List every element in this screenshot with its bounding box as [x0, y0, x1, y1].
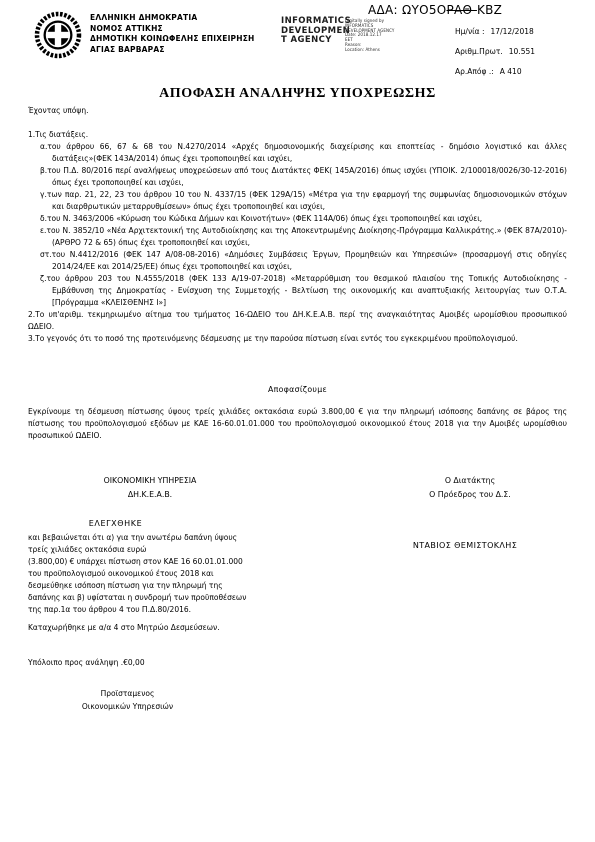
document-page: ΑΔΑ: ΩΥΟ5ΟΡΑΘ-ΚΒΖ ΕΛΛΗΝΙΚΗ ΔΗΜΟΚΡΑΤΙΑ ΝΟ…: [0, 0, 595, 842]
provision-item: α.του άρθρου 66, 67 & 68 του Ν.4270/2014…: [28, 141, 567, 165]
letterhead-line: ΕΛΛΗΝΙΚΗ ΔΗΜΟΚΡΑΤΙΑ: [90, 13, 275, 24]
document-title: ΑΠΟΦΑΣΗ ΑΝΑΛΗΨΗΣ ΥΠΟΧΡΕΩΣΗΣ: [0, 86, 595, 102]
decision-no-value: Α 410: [500, 67, 522, 76]
protocol-label: Αριθμ.Πρωτ.: [455, 47, 503, 56]
provision-item: δ.του Ν. 3463/2006 «Κύρωση του Κώδικα Δή…: [28, 213, 567, 225]
provision-item: στ.του Ν.4412/2016 (ΦΕΚ 147 Α/08-08-2016…: [28, 249, 567, 273]
provision-item: γ.των παρ. 21, 22, 23 του άρθρου 10 του …: [28, 189, 567, 213]
date-label: Ημ/νία :: [455, 27, 485, 36]
meta-protocol-row: Αριθμ.Πρωτ.10.551: [455, 42, 535, 62]
verification-line: δαπάνης και β) υφίσταται η συνδρομή των …: [28, 592, 290, 604]
preamble-item-3: 3.Το γεγονός ότι το ποσό της προτεινόμεν…: [28, 333, 567, 345]
document-meta: Ημ/νία :17/12/2018 Αριθμ.Πρωτ.10.551 Αρ.…: [455, 22, 535, 82]
preamble-item-2: 2.Το υπ'αριθμ. τεκμηριωμένο αίτημα του τ…: [28, 309, 567, 333]
meta-date-row: Ημ/νία :17/12/2018: [455, 22, 535, 42]
verification-text: και βεβαιώνεται ότι α) για την ανωτέρω δ…: [28, 532, 290, 616]
ada-label: ΑΔΑ:: [368, 3, 402, 17]
date-value: 17/12/2018: [491, 27, 534, 36]
decision-paragraph: Εγκρίνουμε τη δέσμευση πίστωσης ύψους τρ…: [28, 406, 567, 442]
greek-emblem-icon: [33, 9, 83, 65]
ada-code: ΑΔΑ: ΩΥΟ5ΟΡΑΘ-ΚΒΖ: [368, 3, 502, 17]
letterhead-line: ΝΟΜΟΣ ΑΤΤΙΚΗΣ: [90, 24, 275, 35]
signature-right-title: Ο Διατάκτης: [375, 474, 565, 488]
signature-block-authorizer: Ο Διατάκτης Ο Πρόεδρος του Δ.Σ.: [375, 474, 565, 502]
having-regard-line: Έχοντας υπόψη.: [28, 105, 567, 117]
signer-name: ΝΤΑΒΙΟΣ ΘΕΜΙΣΤΟΚΛΗΣ: [365, 541, 565, 550]
letterhead: ΕΛΛΗΝΙΚΗ ΔΗΜΟΚΡΑΤΙΑ ΝΟΜΟΣ ΑΤΤΙΚΗΣ ΔΗΜΟΤΙ…: [90, 13, 275, 55]
protocol-value: 10.551: [509, 47, 535, 56]
verification-line: της παρ.1α του άρθρου 4 του Π.Δ.80/2016.: [28, 604, 290, 616]
decision-no-label: Αρ.Απόφ .:: [455, 67, 494, 76]
verification-line: τρείς χιλιάδες οκτακόσια ευρώ: [28, 544, 290, 556]
verification-line: (3.800,00) € υπάρχει πίστωση στον ΚΑΕ 16…: [28, 556, 290, 568]
ada-code-struck: ΡΑΘ-: [447, 3, 477, 17]
signature-left-subtitle: ΔΗ.Κ.Ε.Α.Β.: [55, 488, 245, 502]
signature-right-subtitle: Ο Πρόεδρος του Δ.Σ.: [375, 488, 565, 502]
section1-heading: 1.Τις διατάξεις.: [28, 129, 567, 141]
stamp-signature-details: Digitally signed by INFORMATICS DEVELOPM…: [345, 19, 437, 53]
letterhead-line: ΔΗΜΟΤΙΚΗ ΚΟΙΝΩΦΕΛΗΣ ΕΠΙΧΕΙΡΗΣΗ: [90, 34, 275, 45]
digital-signature-stamp: INFORMATICS DEVELOPMEN T AGENCY Digitall…: [281, 17, 441, 46]
verification-line: του προϋπολογισμού οικονομικού έτους 201…: [28, 568, 290, 580]
footer-signature-role-line2: Οικονομικών Υπηρεσιών: [40, 701, 215, 714]
preamble: Έχοντας υπόψη. 1.Τις διατάξεις. α.του άρ…: [28, 105, 567, 345]
footer-signature-role: Προϊσταμενος Οικονομικών Υπηρεσιών: [40, 688, 215, 713]
signature-left-title: ΟΙΚΟΝΟΜΙΚΗ ΥΠΗΡΕΣΙΑ: [55, 474, 245, 488]
ada-code-suffix: ΚΒΖ: [477, 3, 502, 17]
decision-heading: Αποφασίζουμε: [0, 385, 595, 394]
verification-line: και βεβαιώνεται ότι α) για την ανωτέρω δ…: [28, 532, 290, 544]
meta-decision-row: Αρ.Απόφ .:Α 410: [455, 62, 535, 82]
balance-note: Υπόλοιπο προς ανάληψη .€0,00: [28, 658, 145, 667]
ada-code-prefix: ΩΥΟ5Ο: [402, 3, 447, 17]
provision-item: β.του Π.Δ. 80/2016 περί αναλήψεως υποχρε…: [28, 165, 567, 189]
provision-item: ε.του Ν. 3852/10 «Νέα Αρχιτεκτονική της …: [28, 225, 567, 249]
letterhead-line: ΑΓΙΑΣ ΒΑΡΒΑΡΑΣ: [90, 45, 275, 56]
signature-block-financial-service: ΟΙΚΟΝΟΜΙΚΗ ΥΠΗΡΕΣΙΑ ΔΗ.Κ.Ε.Α.Β.: [55, 474, 245, 502]
provision-item: ζ.του άρθρου 203 του Ν.4555/2018 (ΦΕΚ 13…: [28, 273, 567, 309]
verification-heading: ΕΛΕΓΧΘΗΚΕ: [28, 519, 203, 528]
footer-signature-role-line1: Προϊσταμενος: [40, 688, 215, 701]
registry-note: Καταχωρήθηκε με α/α 4 στο Μητρώο Δεσμεύσ…: [28, 623, 220, 632]
verification-line: δεσμεύθηκε ισόποση πίστωση για την πληρω…: [28, 580, 290, 592]
